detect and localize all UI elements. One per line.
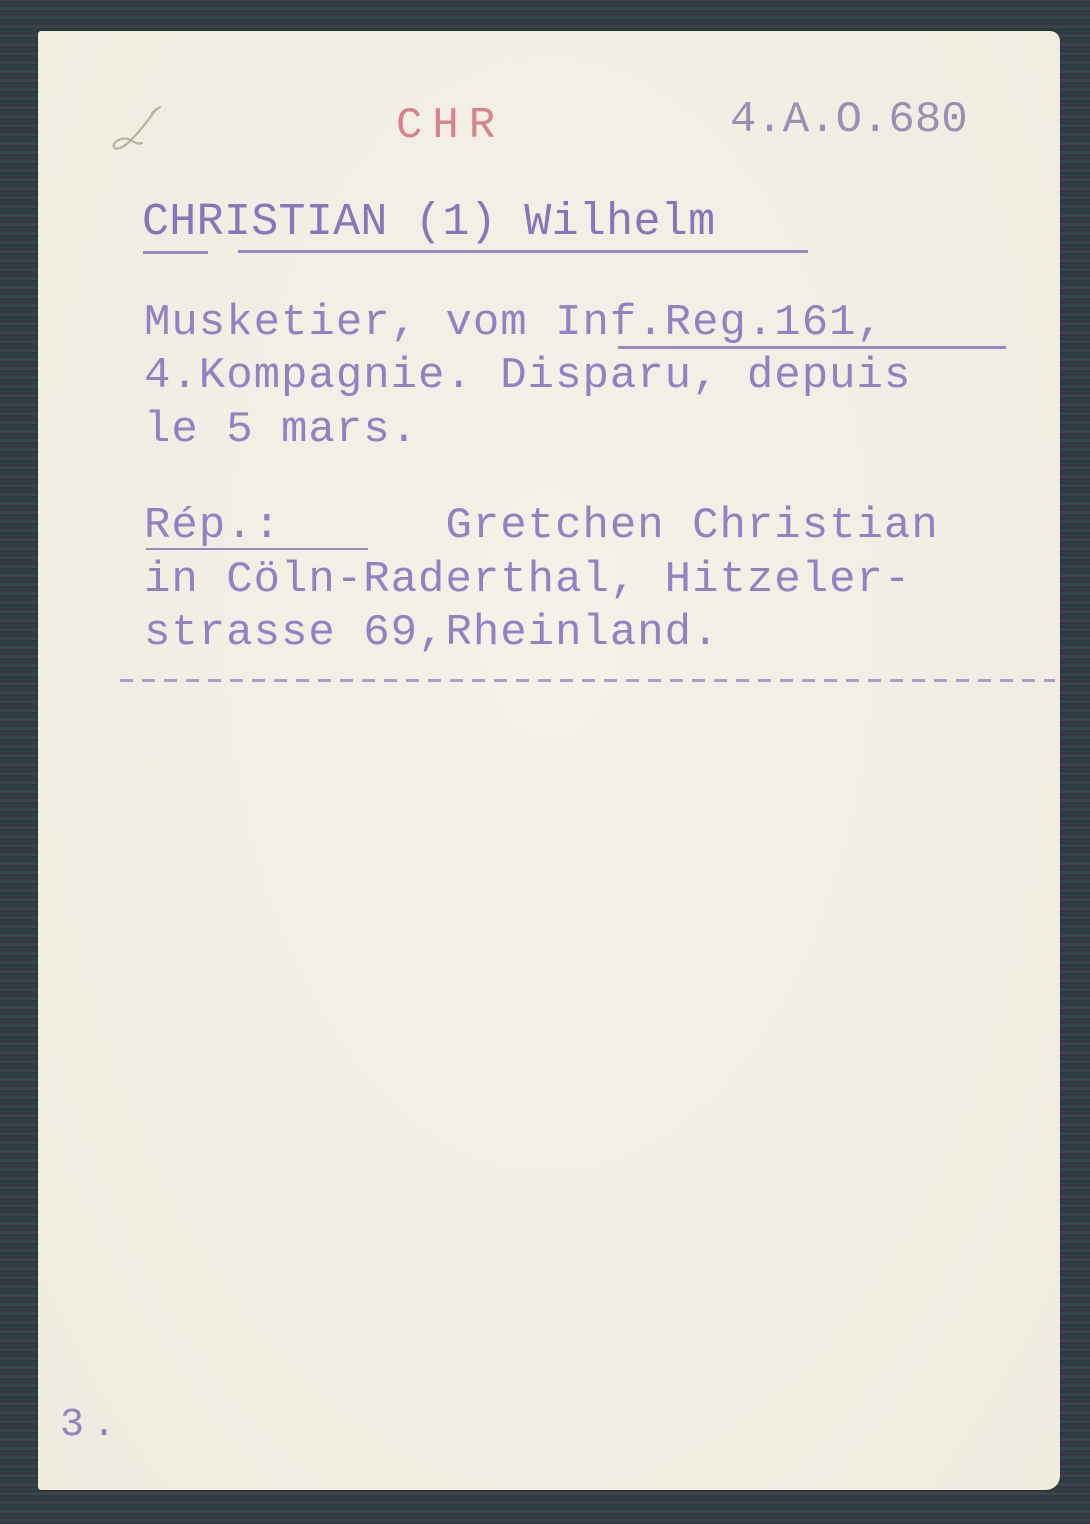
- page-number: 3.: [60, 1406, 124, 1446]
- header-reference: 4.A.O.680: [730, 98, 968, 142]
- details-line-3: le 5 mars.: [144, 408, 418, 452]
- person-name: CHRISTIAN (1) Wilhelm: [142, 200, 715, 245]
- reply-line-3: strasse 69,Rheinland.: [144, 611, 720, 655]
- name-underline-long: [238, 250, 808, 253]
- reply-line-1: Rép.: Gretchen Christian: [144, 504, 939, 548]
- reply-line-2: in Cöln-Raderthal, Hitzeler-: [144, 558, 911, 602]
- name-underline-short: [143, 251, 208, 254]
- details-line-2: 4.Kompagnie. Disparu, depuis: [144, 354, 911, 398]
- dashed-separator: [120, 679, 1055, 682]
- reply-label-underline: [146, 548, 368, 550]
- index-card: CHR 4.A.O.680 CHRISTIAN (1) Wilhelm Musk…: [38, 31, 1060, 1490]
- pencil-mark-icon: [108, 101, 168, 156]
- regiment-underline: [618, 346, 1006, 349]
- header-code: CHR: [396, 104, 505, 148]
- details-line-1: Musketier, vom Inf.Reg.161,: [144, 301, 884, 345]
